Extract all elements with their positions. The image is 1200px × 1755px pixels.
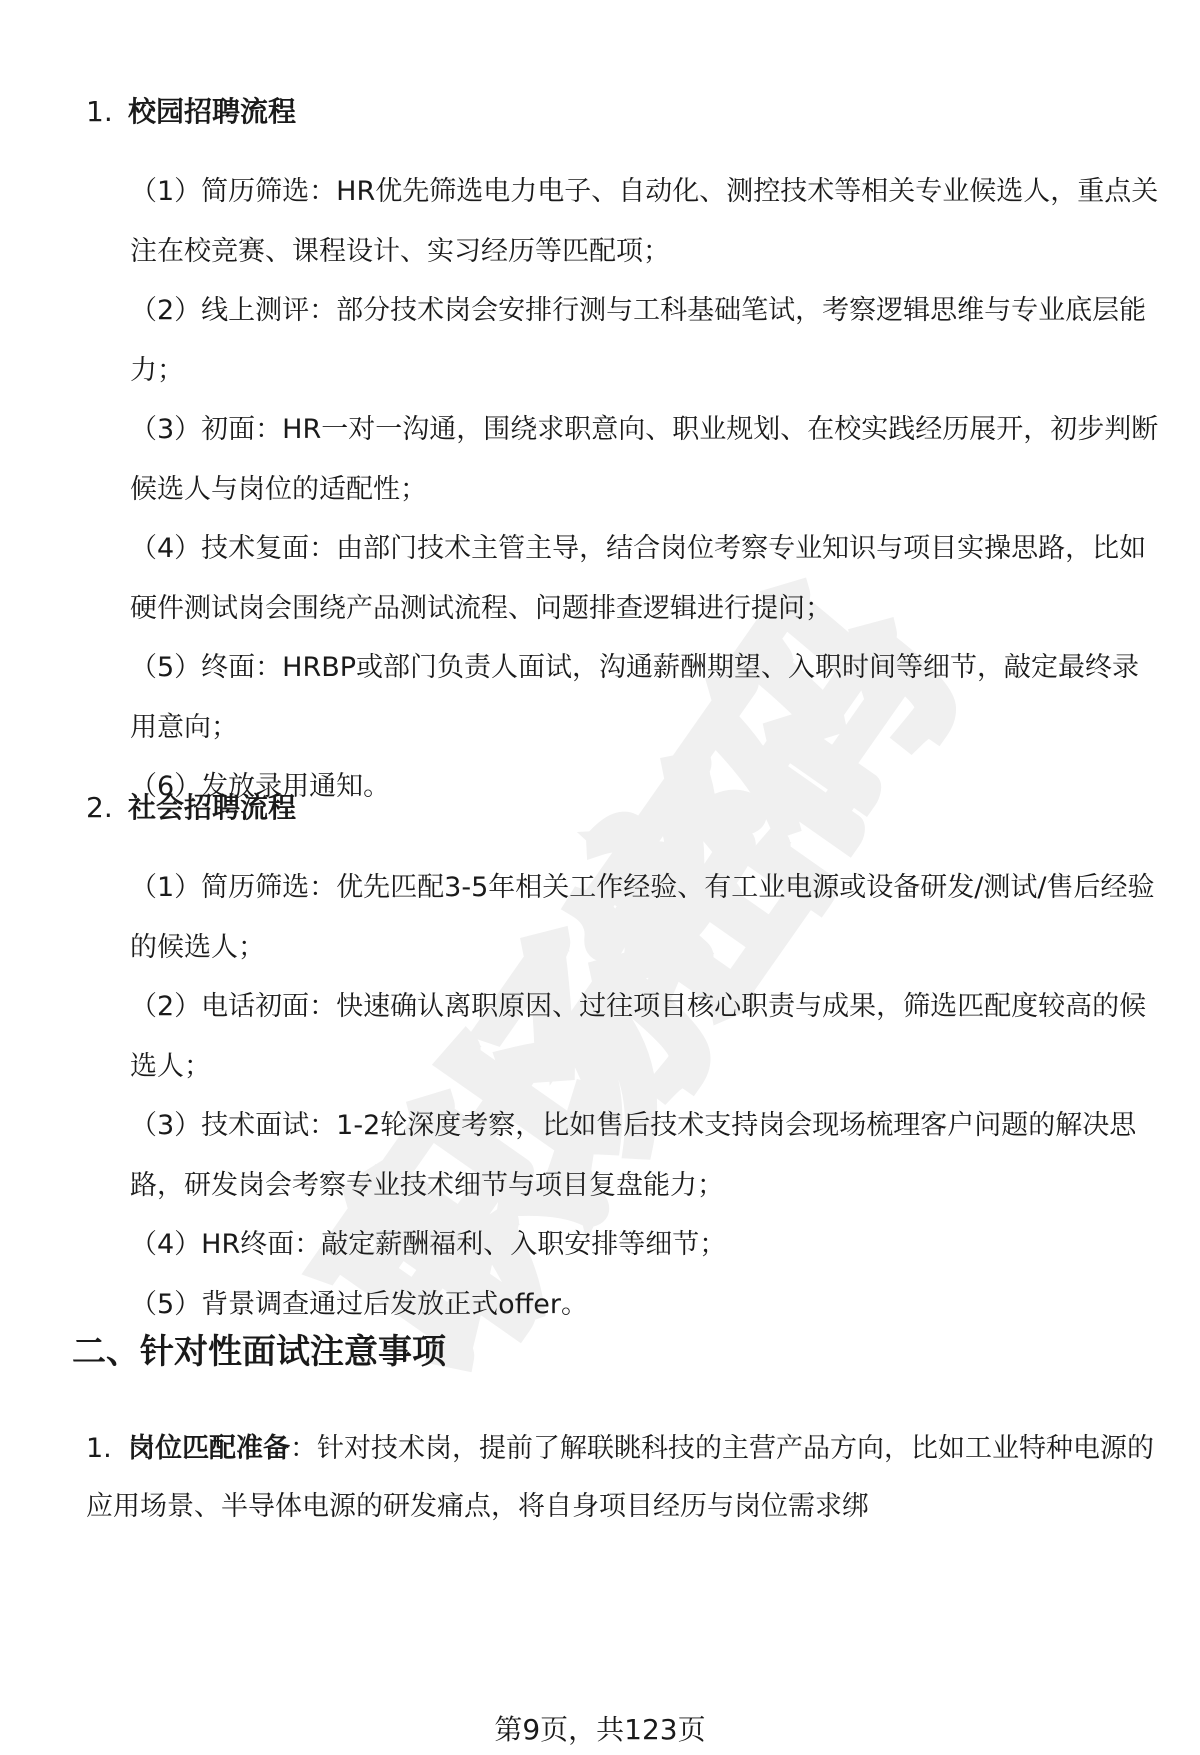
section-title: 校园招聘流程 [128, 95, 296, 128]
list-item: （5）终面：HRBP或部门负责人面试，沟通薪酬期望、入职时间等细节，敲定最终录用… [130, 638, 1160, 757]
list-item: （1）简历筛选：优先匹配3-5年相关工作经验、有工业电源或设备研发/测试/售后经… [130, 858, 1160, 977]
tip-item: 1.岗位匹配准备：针对技术岗，提前了解联眺科技的主营产品方向，比如工业特种电源的… [86, 1420, 1161, 1536]
list-item: （1）简历筛选：HR优先筛选电力电子、自动化、测控技术等相关专业候选人，重点关注… [130, 162, 1160, 281]
tip-number: 1. [86, 1420, 128, 1478]
section-number: 2. [86, 788, 128, 828]
list-item: （3）初面：HR一对一沟通，围绕求职意向、职业规划、在校实践经历展开，初步判断候… [130, 400, 1160, 519]
campus-steps: （1）简历筛选：HR优先筛选电力电子、自动化、测控技术等相关专业候选人，重点关注… [130, 162, 1160, 817]
section-title: 社会招聘流程 [128, 791, 296, 824]
list-item: （4）技术复面：由部门技术主管主导，结合岗位考察专业知识与项目实操思路，比如硬件… [130, 519, 1160, 638]
section-heading-social: 2.社会招聘流程 [86, 788, 296, 828]
tip-bold-label: 岗位匹配准备 [128, 1433, 290, 1464]
list-item: （3）技术面试：1-2轮深度考察，比如售后技术支持岗会现场梳理客户问题的解决思路… [130, 1096, 1160, 1215]
document-page: 1.校园招聘流程 （1）简历筛选：HR优先筛选电力电子、自动化、测控技术等相关专… [0, 0, 1200, 1755]
section-number: 1. [86, 92, 128, 132]
list-item: （2）线上测评：部分技术岗会安排行测与工科基础笔试，考察逻辑思维与专业底层能力； [130, 281, 1160, 400]
page-footer: 第9页，共123页 [0, 1712, 1200, 1748]
list-item: （2）电话初面：快速确认离职原因、过往项目核心职责与成果，筛选匹配度较高的候选人… [130, 977, 1160, 1096]
list-item: （4）HR终面：敲定薪酬福利、入职安排等细节； [130, 1215, 1160, 1275]
social-steps: （1）简历筛选：优先匹配3-5年相关工作经验、有工业电源或设备研发/测试/售后经… [130, 858, 1160, 1334]
list-item: （5）背景调查通过后发放正式offer。 [130, 1275, 1160, 1335]
chapter-title: 二、针对性面试注意事项 [72, 1328, 446, 1376]
section-heading-campus: 1.校园招聘流程 [86, 92, 296, 132]
